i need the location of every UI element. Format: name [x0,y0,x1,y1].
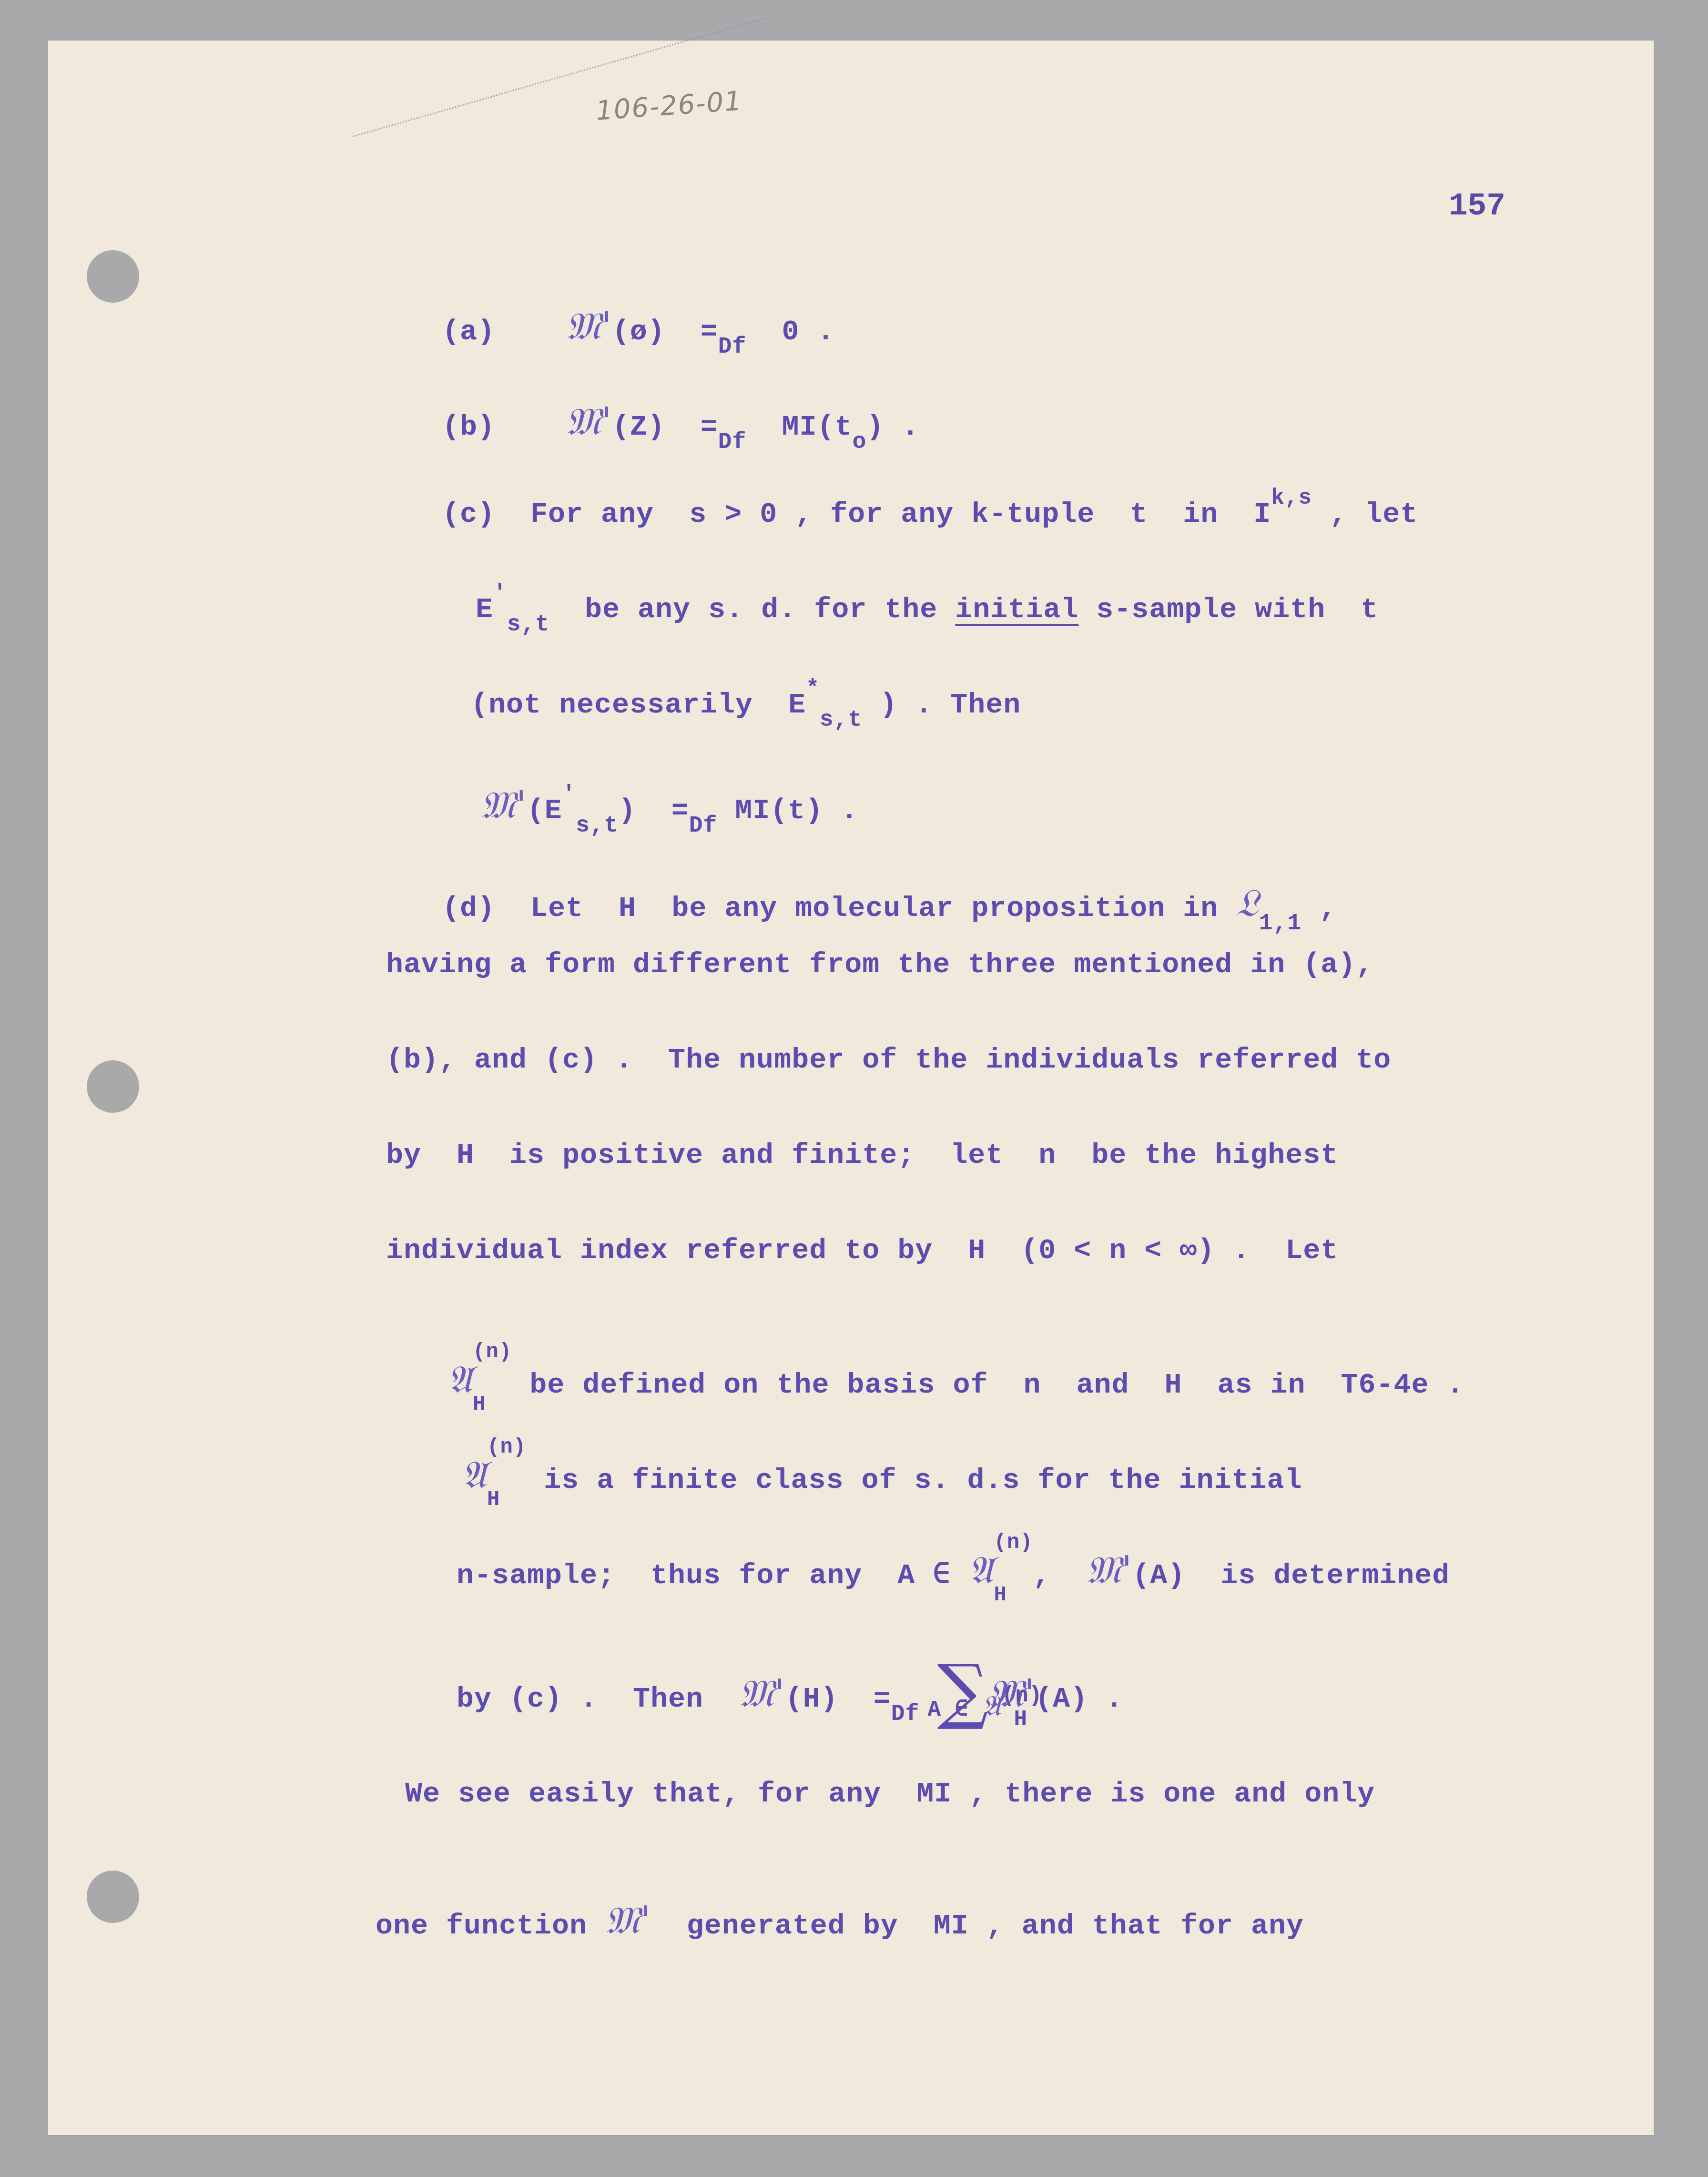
frak-m-symbol: 𝔐' [566,399,612,444]
definition-d-line: by H is positive and finite; let n be th… [386,1141,1338,1170]
item-label: (c) [442,498,495,531]
definition-d-line: n-sample; thus for any A ∈ 𝔄(n)H(n), 𝔐'(… [386,1523,1450,1619]
definition-b: (b) 𝔐'(Z) =Df MI(to) . [372,374,919,470]
frak-a-symbol: 𝔄 [461,1453,487,1497]
definition-d-line: (d) Let H be any molecular proposition i… [372,855,1337,952]
ink-smear [353,18,765,137]
frak-l-symbol: 𝔏 [1236,881,1259,925]
page-number: 157 [1449,188,1505,224]
summation: ∑A ∈ 𝔄(n)H [937,1647,988,1718]
frak-m-symbol: 𝔐' [739,1671,785,1716]
paragraph-line: We see easily that, for any MI , there i… [405,1780,1375,1809]
definition-c-formula: 𝔐'(E's,t) =Df MI(t) . [410,758,858,854]
paragraph-line: one function 𝔐' generated by MI , and th… [305,1873,1304,1969]
definition-d-formula: by (c) . Then 𝔐'(H) =Df ∑A ∈ 𝔄(n)H𝔐'(A) … [386,1618,1123,1747]
definition-d-line: having a form different from the three m… [386,951,1373,979]
definition-c-line: (not necessarily E*s,t ) . Then [400,662,1021,748]
punch-hole [87,250,139,303]
definition-d-line: (b), and (c) . The number of the individ… [386,1046,1391,1075]
frak-m-symbol: 𝔐' [480,783,527,827]
frak-m-symbol: 𝔐' [566,304,612,348]
definition-d-line: individual index referred to by H (0 < n… [386,1237,1338,1265]
frak-m-symbol: 𝔐' [605,1898,651,1943]
punch-hole [87,1871,139,1923]
archive-mark: 106-26-01 [595,85,743,126]
underlined-word: initial [955,594,1078,626]
document-page: 106-26-01 157 (a) 𝔐'(ø) =Df 0 . (b) 𝔐'(Z… [48,41,1654,2135]
definition-d-line: 𝔄(n)H(n) is a finite class of s. d.s for… [391,1427,1302,1524]
item-label: (b) [442,411,495,444]
definition-c-line: E's,t be any s. d. for the initial s-sam… [405,567,1378,653]
frak-a-symbol: 𝔄 [968,1548,994,1592]
frak-a-symbol: 𝔄 [447,1357,473,1402]
punch-hole [87,1060,139,1113]
item-label: (a) [442,316,495,348]
definition-a: (a) 𝔐'(ø) =Df 0 . [372,279,834,375]
item-label: (d) [442,893,495,925]
definition-d-line: 𝔄(n)H(n) be defined on the basis of n an… [376,1332,1464,1428]
frak-m-symbol: 𝔐' [1086,1548,1133,1592]
definition-c-line: (c) For any s > 0 , for any k-tuple t in… [372,472,1418,558]
